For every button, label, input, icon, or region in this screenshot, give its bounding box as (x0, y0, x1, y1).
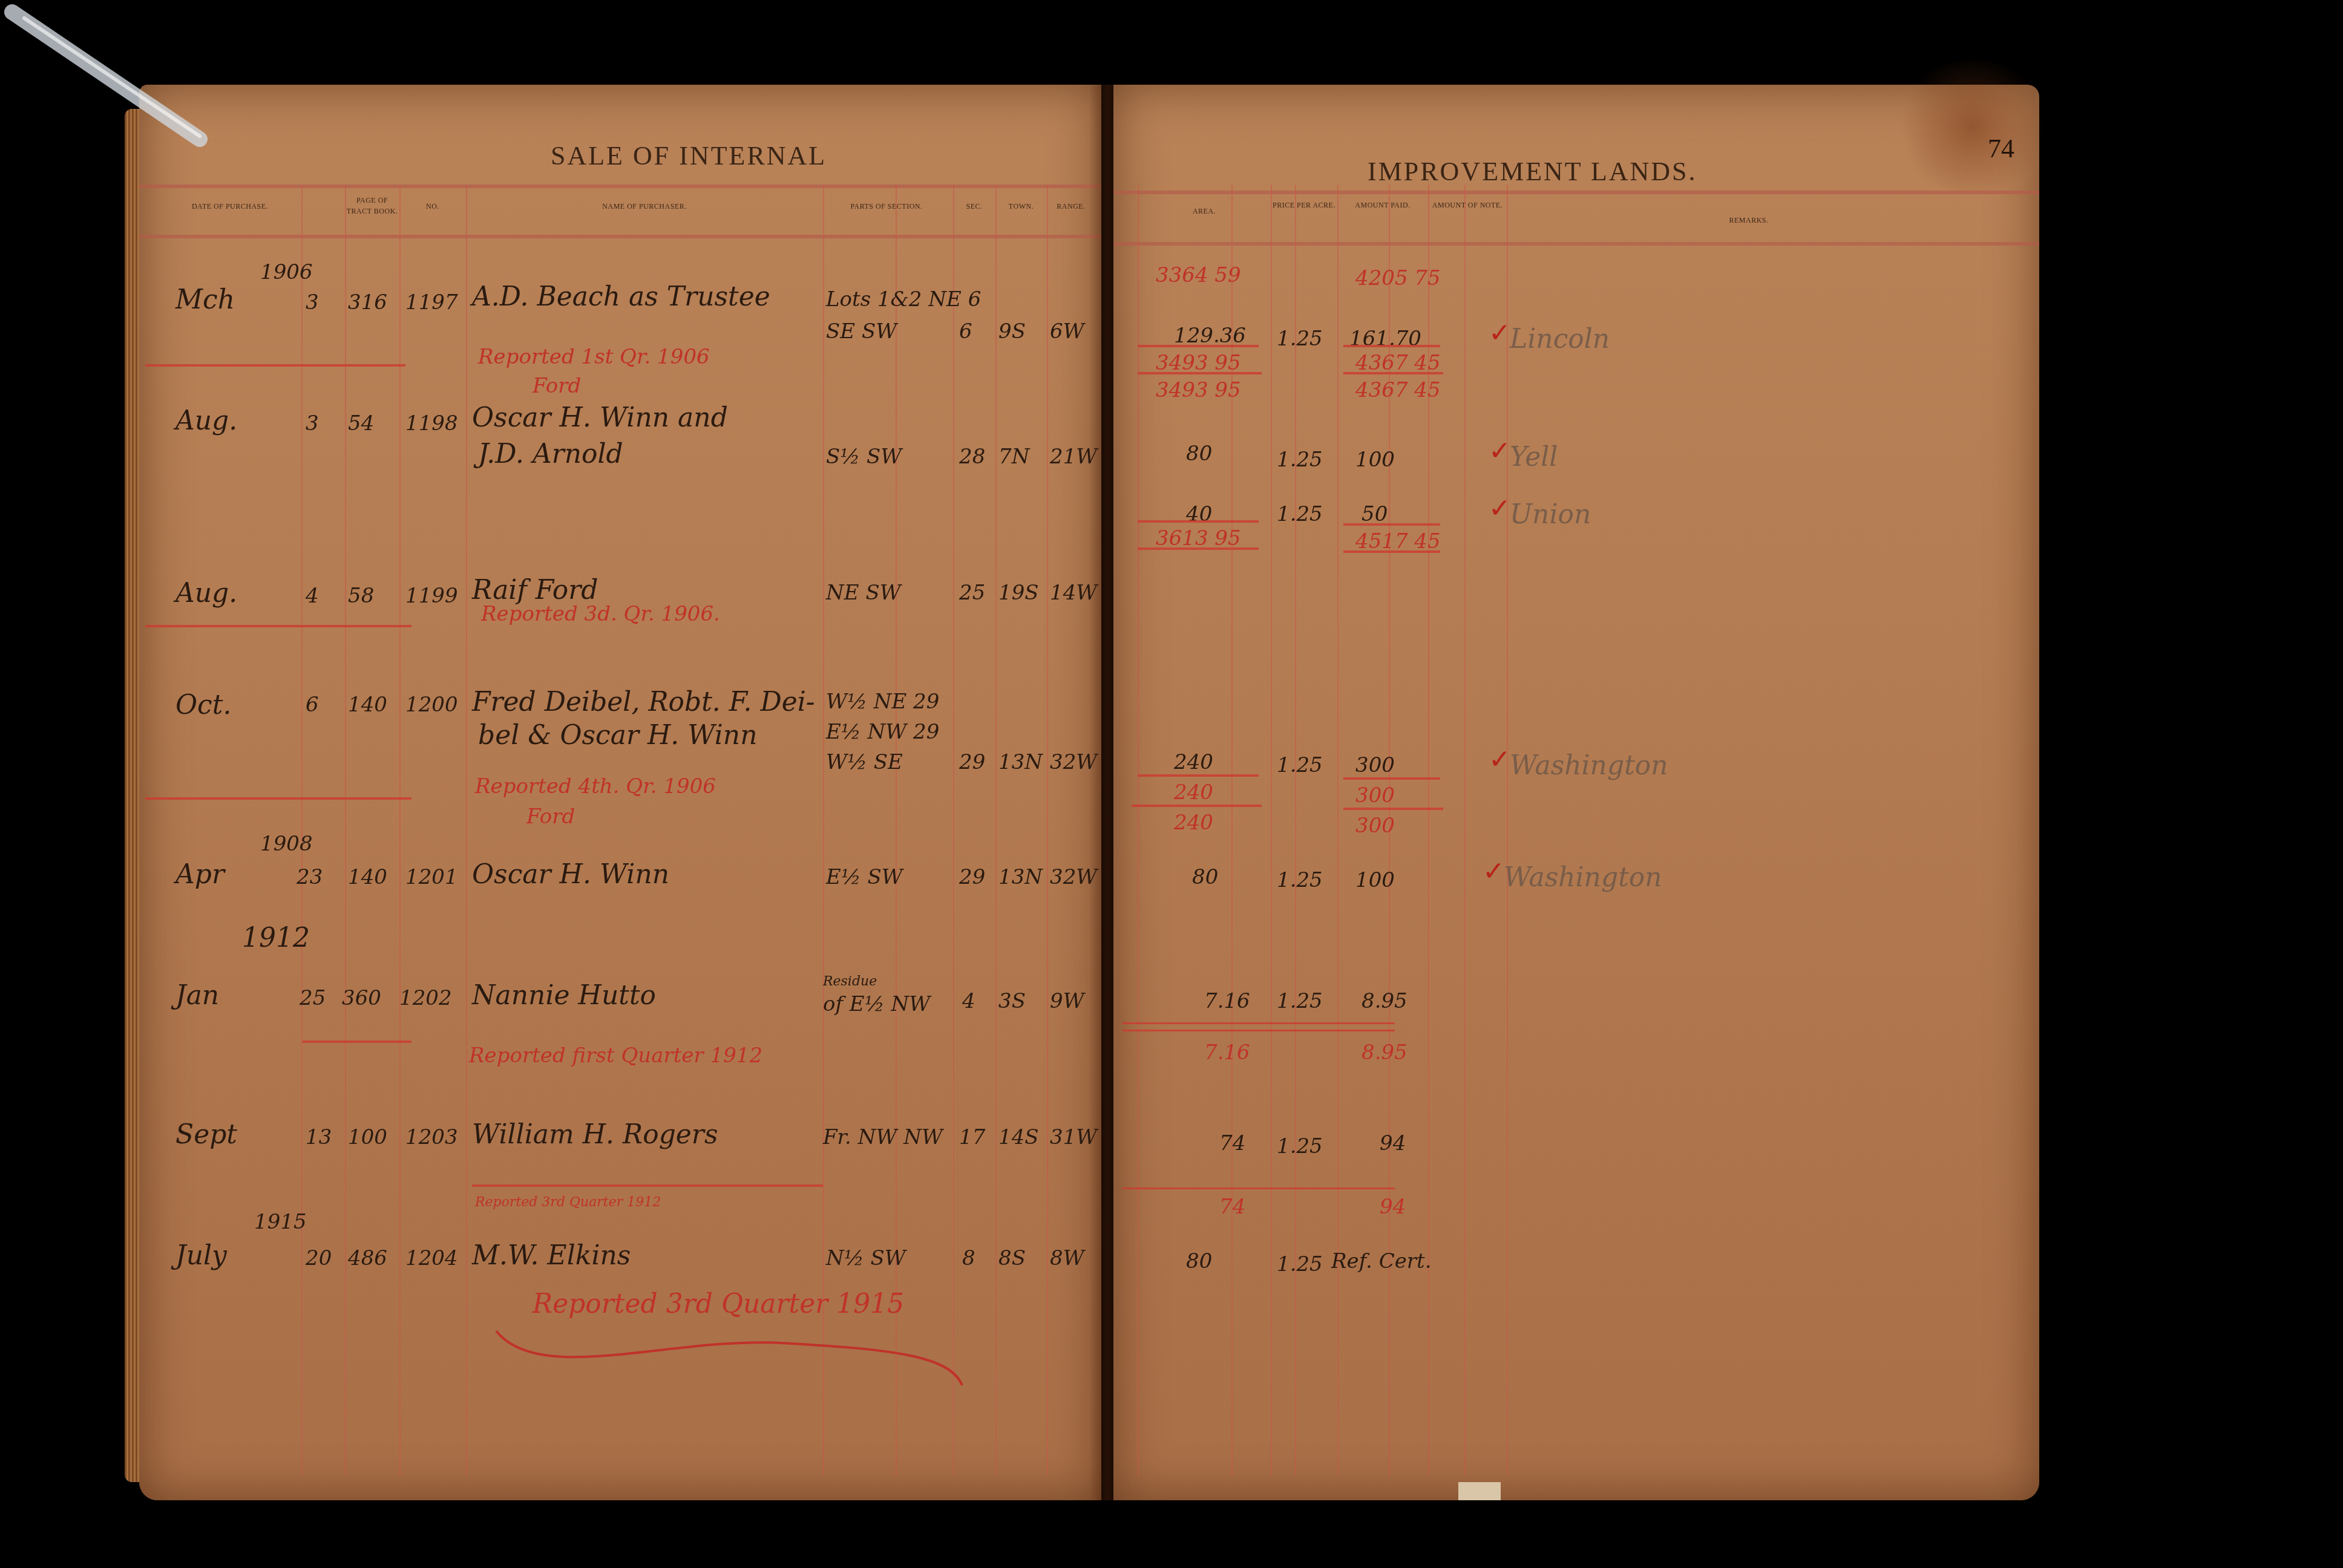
entry-1201-parts: E½ SW (826, 865, 903, 889)
corner-stain (1894, 60, 2051, 194)
page-clip-marker (0, 0, 218, 157)
entry-1201-day: 23 (297, 865, 323, 889)
entry-1202-tract-page: 360 (342, 986, 381, 1010)
entry-1197-paid: 161.70 (1349, 327, 1421, 351)
entry-1198-tract-page: 54 (348, 411, 374, 436)
header-rule-top (1113, 191, 2039, 194)
area-total-3b: 240 (1174, 811, 1213, 835)
entry-1197-county: Lincoln (1510, 324, 1610, 354)
year-1906: 1906 (260, 260, 313, 284)
reported-3rd-quarter-1915: Reported 3rd Quarter 1915 (532, 1289, 904, 1319)
entry-1200-sec: 29 (959, 750, 985, 774)
paid-total-2: 4517 45 (1355, 529, 1441, 554)
entry-1197-parts-1: Lots 1&2 NE 6 (826, 287, 981, 312)
entry-1198-town: 7N (998, 445, 1029, 469)
entry-1204-parts: N½ SW (826, 1246, 906, 1270)
area-carried-forward: 3364 59 (1156, 263, 1241, 287)
entry-1203-town: 14S (998, 1125, 1039, 1149)
header-rule-top (139, 185, 1101, 188)
entry-1197-date: Mch (175, 284, 235, 315)
col-town: Town. (995, 201, 1047, 212)
entry-1202-paid: 8.95 (1362, 989, 1407, 1013)
entry-1204-day: 20 (306, 1246, 332, 1270)
entry-1199-tract-page: 58 (348, 584, 374, 608)
page-number: 74 (1988, 133, 2014, 164)
entry-1204-area: 80 (1186, 1249, 1212, 1273)
entry-1201-tract-page: 140 (348, 865, 387, 889)
entry-1200-paid: 300 (1355, 753, 1395, 777)
entry-1199-day: 4 (306, 584, 319, 608)
entry-1197-area: 129.36 (1174, 324, 1246, 348)
paid-total-1b: 4367 45 (1355, 378, 1441, 402)
area-total-2: 3613 95 (1156, 526, 1241, 550)
col-parts: Parts of Section. (823, 201, 950, 212)
entry-1202-date: Jan (175, 980, 219, 1011)
entry-1197-no: 1197 (405, 290, 458, 315)
col-no: No. (401, 201, 465, 212)
entry-1203-date: Sept (175, 1119, 237, 1150)
reported-1st-qr-1906: Reported 1st Qr. 1906 (478, 345, 710, 369)
entry-1200-town: 13N (998, 750, 1043, 774)
header-rule-bottom (139, 235, 1101, 238)
entry-1200-parts-3: W½ SE (826, 750, 903, 774)
flourish-underline (490, 1319, 974, 1391)
paid-total-4: 8.95 (1362, 1040, 1407, 1065)
check-mark-icon: ✓ (1483, 856, 1505, 887)
entry-1200-no: 1200 (405, 693, 458, 717)
left-page: SALE OF INTERNAL DATE OF PURCHASE. Page … (139, 85, 1101, 1500)
entry-1204-paid: Ref. Cert. (1331, 1249, 1432, 1273)
entry-1204-range: 8W (1050, 1246, 1084, 1270)
area-total-1: 3493 95 (1156, 351, 1241, 375)
entry-1200-price: 1.25 (1277, 753, 1323, 777)
entry-1200-parts-2: E½ NW 29 (826, 720, 939, 744)
reported-3rd-quarter-1912: Reported 3rd Quarter 1912 (475, 1195, 661, 1210)
entry-1198-paid: 100 (1355, 448, 1395, 472)
entry-1202-sec: 4 (962, 989, 975, 1013)
entry-1198-price: 1.25 (1277, 448, 1323, 472)
entry-1200-area: 240 (1174, 750, 1213, 774)
left-page-title: SALE OF INTERNAL (551, 140, 827, 171)
check-mark-icon: ✓ (1489, 493, 1511, 524)
entry-1204-town: 8S (998, 1246, 1026, 1270)
reported-3d-qr-1906: Reported 3d. Qr. 1906. (481, 602, 720, 626)
entry-1197-range: 6W (1050, 319, 1084, 344)
col-remarks: REMARKS. (1658, 215, 1840, 226)
entry-1198-name: Oscar H. Winn and (472, 402, 728, 433)
area-total-5: 74 (1219, 1195, 1245, 1219)
entry-1204-tract-page: 486 (348, 1246, 387, 1270)
entry-1201-paid: 100 (1355, 868, 1395, 892)
entry-1203-name: William H. Rogers (472, 1119, 718, 1150)
entry-1202-parts: of E½ NW (823, 992, 930, 1016)
paid-total-3: 300 (1355, 783, 1395, 808)
entry-1204-name: M.W. Elkins (472, 1240, 631, 1271)
col-range: Range. (1047, 201, 1095, 212)
entry-1197-name: A.D. Beach as Trustee (472, 281, 770, 312)
entry-1199-parts: NE SW (826, 581, 901, 605)
area-total-1b: 3493 95 (1156, 378, 1241, 402)
entry-1197-tract-page: 316 (348, 290, 387, 315)
right-page: IMPROVEMENT LANDS. 74 AREA. Price Per Ac… (1113, 85, 2039, 1500)
col-price-per-acre: Price Per Acre. (1271, 200, 1337, 211)
entry-1201-date: Apr (175, 859, 224, 890)
entry-1202-parts-note: Residue (823, 974, 877, 989)
bookmark-tab (1458, 1482, 1501, 1500)
entry-1201-town: 13N (998, 865, 1043, 889)
reported-by-ford-1: Ford (532, 374, 581, 398)
entry-1199-county: Union (1510, 499, 1591, 530)
entry-1204-date: July (175, 1240, 227, 1271)
entry-1197-parts-2: SE SW (826, 319, 897, 344)
entry-1199-name: Raif Ford (472, 575, 598, 606)
paid-total-1: 4367 45 (1355, 351, 1441, 375)
year-1915: 1915 (254, 1210, 307, 1234)
entry-1201-sec: 29 (959, 865, 985, 889)
entry-1201-no: 1201 (405, 865, 458, 889)
entry-1204-no: 1204 (405, 1246, 458, 1270)
entry-1200-parts-1: W½ NE 29 (826, 690, 939, 714)
entry-1203-area: 74 (1219, 1131, 1245, 1155)
reported-by-ford-2: Ford (526, 805, 575, 829)
right-page-title: IMPROVEMENT LANDS. (1368, 156, 1697, 187)
year-1908: 1908 (260, 832, 313, 856)
entry-1198-date: Aug. (175, 405, 237, 436)
entry-1203-sec: 17 (959, 1125, 985, 1149)
entry-1197-price: 1.25 (1277, 327, 1323, 351)
entry-1202-name: Nannie Hutto (472, 980, 656, 1011)
entry-1202-day: 25 (300, 986, 326, 1010)
check-mark-icon: ✓ (1489, 436, 1511, 466)
check-mark-icon: ✓ (1489, 318, 1511, 348)
entry-1202-price: 1.25 (1277, 989, 1323, 1013)
col-date: DATE OF PURCHASE. (163, 201, 297, 212)
col-amount-of-note: Amount of Note. (1428, 200, 1507, 211)
reported-first-quarter-1912: Reported first Quarter 1912 (469, 1044, 762, 1068)
entry-1198-sec: 28 (959, 445, 985, 469)
entry-1199-date: Aug. (175, 578, 237, 609)
entry-1200-county: Washington (1510, 750, 1668, 781)
entry-1198-name-2: J.D. Arnold (478, 439, 623, 469)
entry-1198-area: 80 (1186, 442, 1212, 466)
paid-carried-forward: 4205 75 (1355, 266, 1441, 290)
entry-1200-day: 6 (306, 693, 319, 717)
entry-1197-sec: 6 (959, 319, 972, 344)
entry-1203-day: 13 (306, 1125, 332, 1149)
entry-1200-date: Oct. (175, 690, 231, 720)
area-total-3: 240 (1174, 780, 1213, 805)
entry-1203-price: 1.25 (1277, 1134, 1323, 1158)
entry-1202-town: 3S (998, 989, 1026, 1013)
area-total-4: 7.16 (1204, 1040, 1250, 1065)
entry-1199-town: 19S (998, 581, 1039, 605)
entry-1203-paid: 94 (1380, 1131, 1406, 1155)
entry-1199-price: 1.25 (1277, 502, 1323, 526)
entry-1201-name: Oscar H. Winn (472, 859, 669, 890)
ledger-book: SALE OF INTERNAL DATE OF PURCHASE. Page … (139, 85, 2039, 1500)
entry-1200-name-2: bel & Oscar H. Winn (478, 720, 758, 751)
col-tract-page: Page of Tract Book. (346, 195, 398, 217)
entry-1198-day: 3 (306, 411, 319, 436)
entry-1198-no: 1198 (405, 411, 458, 436)
entry-1203-parts: Fr. NW NW (823, 1125, 943, 1149)
col-amount-paid: Amount Paid. (1337, 200, 1428, 211)
entry-1202-no: 1202 (399, 986, 452, 1010)
entry-1199-paid: 50 (1362, 502, 1388, 526)
header-rule-bottom (1113, 242, 2039, 246)
paid-total-3b: 300 (1355, 814, 1395, 838)
paid-total-5: 94 (1380, 1195, 1406, 1219)
entry-1202-range: 9W (1050, 989, 1084, 1013)
check-mark-icon: ✓ (1489, 744, 1511, 775)
entry-1199-sec: 25 (959, 581, 985, 605)
col-area: AREA. (1138, 206, 1271, 217)
entry-1203-tract-page: 100 (348, 1125, 387, 1149)
entry-1198-parts: S½ SW (826, 445, 902, 469)
entry-1202-area: 7.16 (1204, 989, 1250, 1013)
reported-4th-qr-1906: Reported 4th. Qr. 1906 (475, 774, 716, 799)
entry-1198-county: Yell (1510, 442, 1558, 472)
entry-1204-price: 1.25 (1277, 1252, 1323, 1276)
col-sec: Sec. (953, 201, 995, 212)
entry-1199-area: 40 (1186, 502, 1212, 526)
entry-1200-tract-page: 140 (348, 693, 387, 717)
entry-1199-no: 1199 (405, 584, 458, 608)
entry-1201-area: 80 (1192, 865, 1218, 889)
entry-1204-sec: 8 (962, 1246, 975, 1270)
year-1912: 1912 (242, 923, 310, 953)
entry-1197-day: 3 (306, 290, 319, 315)
col-name: NAME OF PURCHASER. (466, 201, 823, 212)
entry-1201-county: Washington (1504, 862, 1662, 893)
entry-1203-no: 1203 (405, 1125, 458, 1149)
entry-1201-price: 1.25 (1277, 868, 1323, 892)
entry-1200-name: Fred Deibel, Robt. F. Dei- (472, 687, 815, 717)
entry-1197-town: 9S (998, 319, 1026, 344)
